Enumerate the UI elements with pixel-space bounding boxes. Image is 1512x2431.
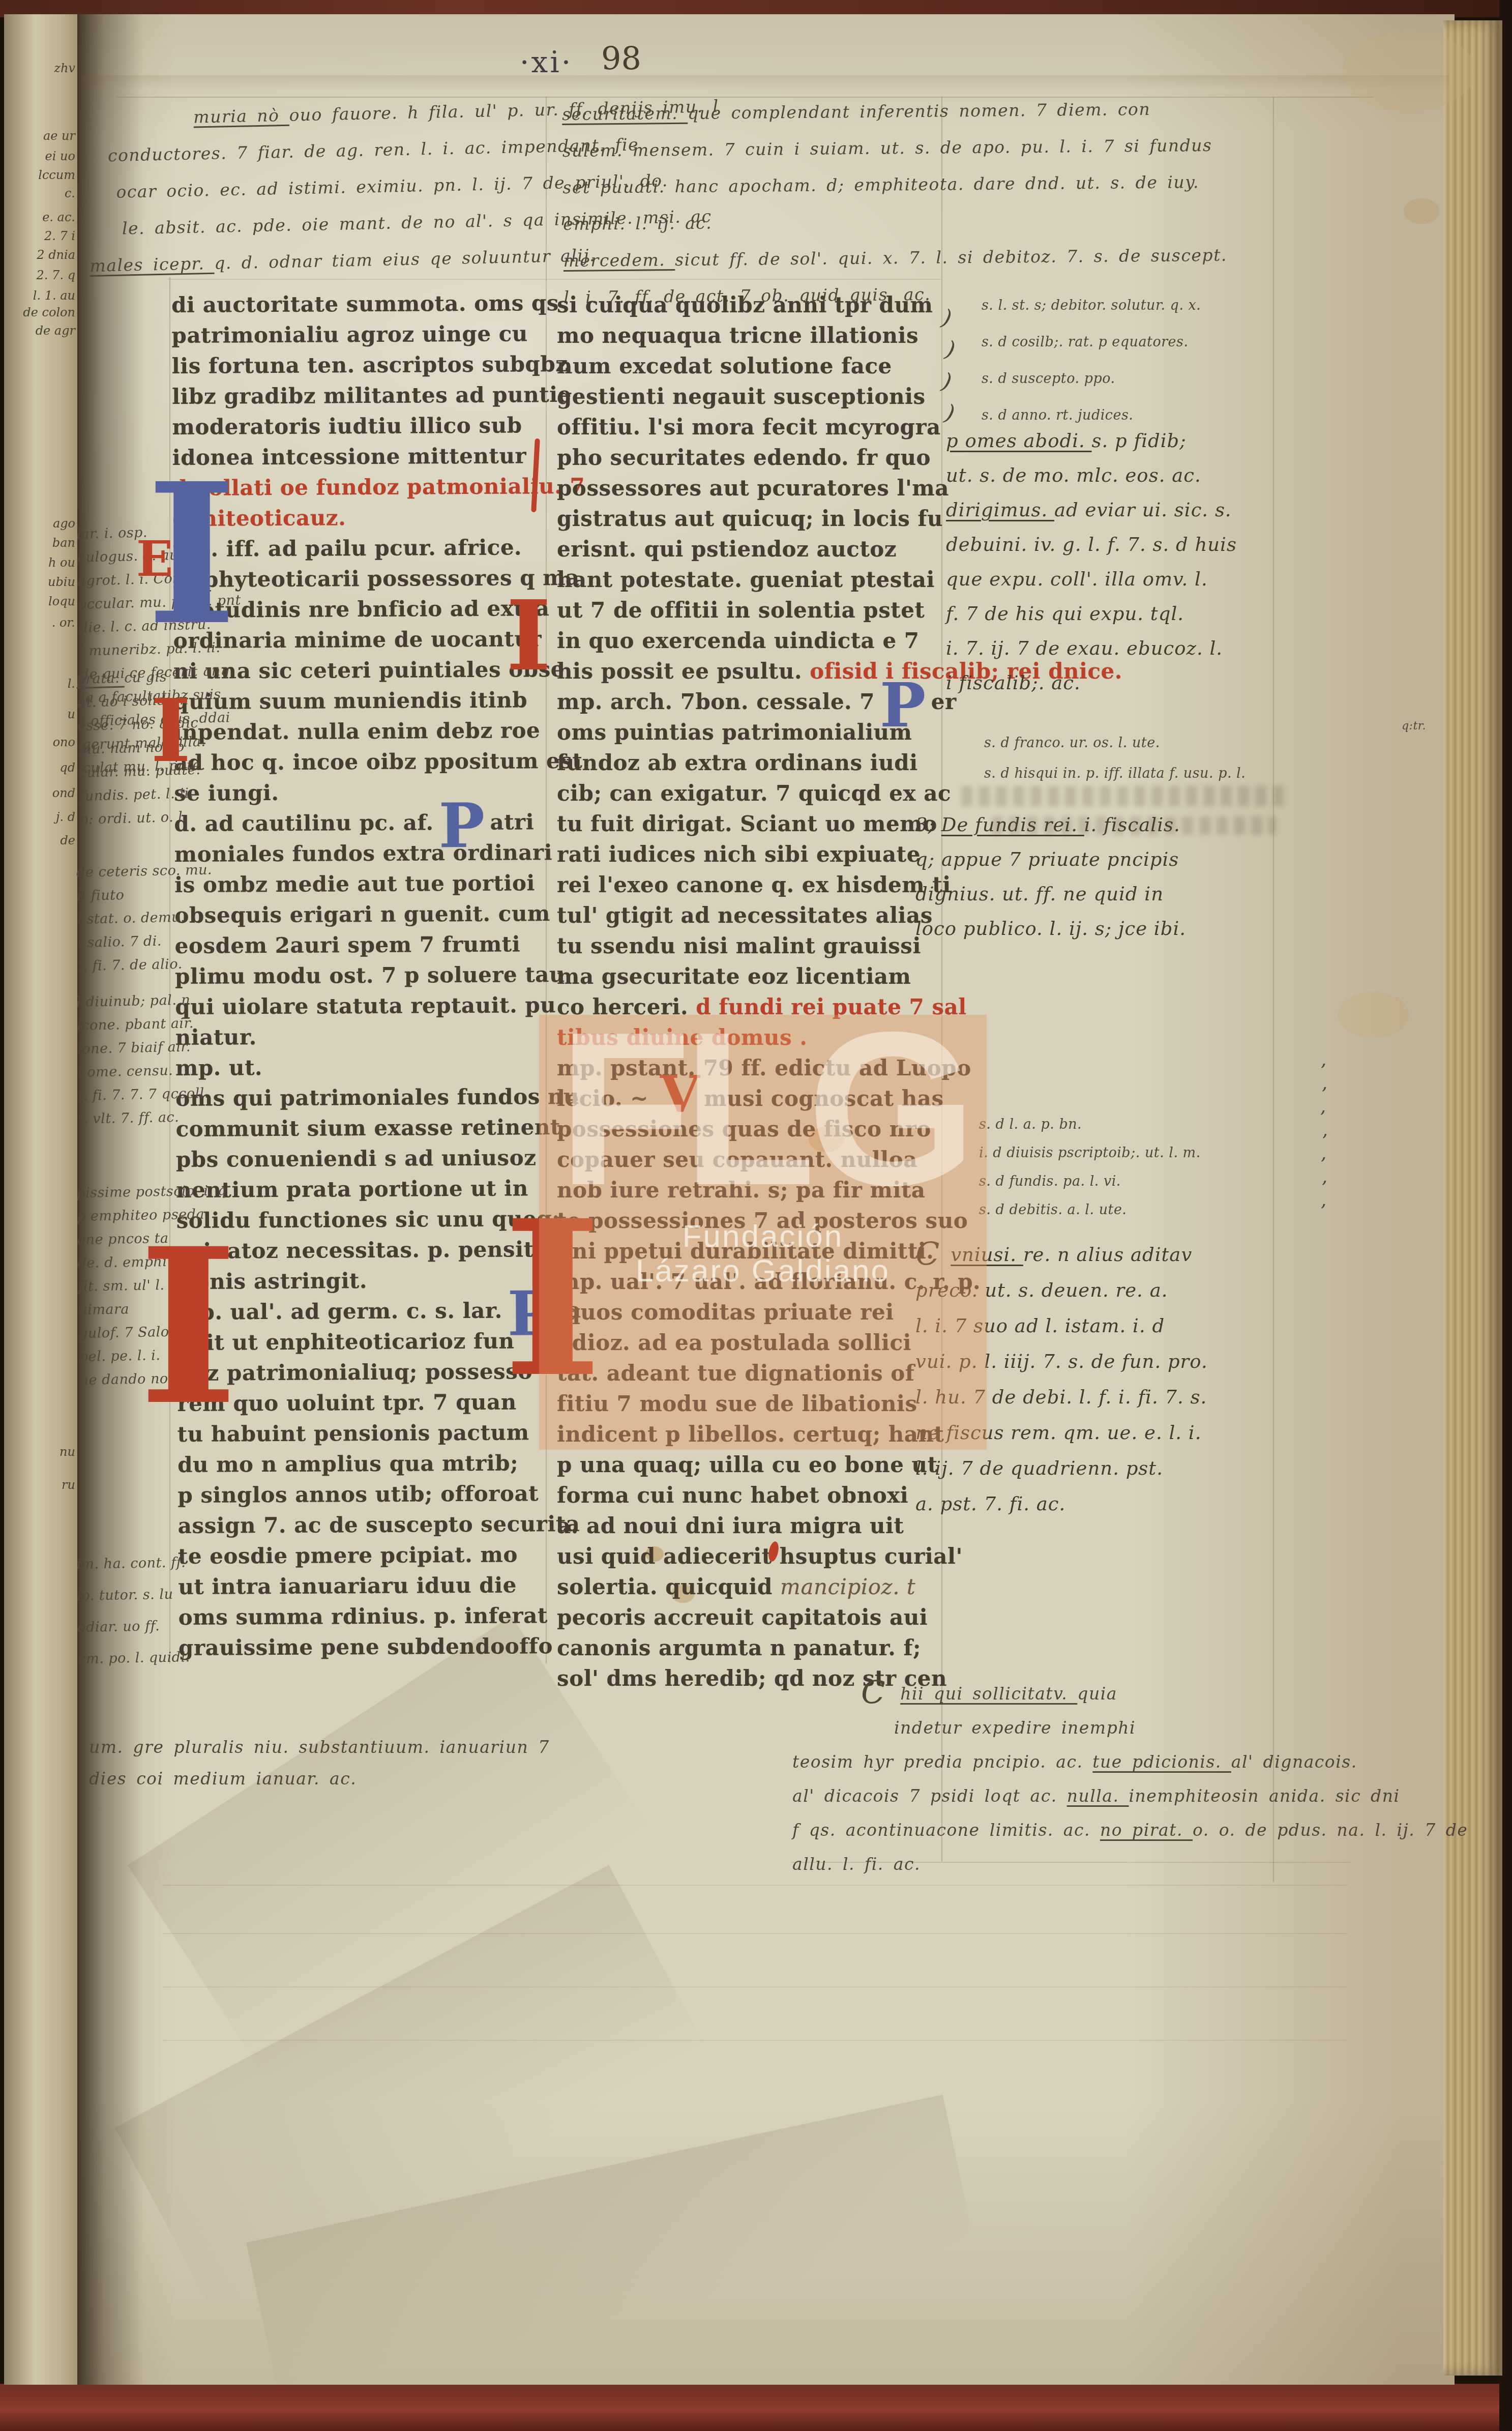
text-run: ono: [53, 735, 75, 749]
text-line: d. ad cautilinu pc. af.Patri: [174, 809, 534, 836]
text-line: possessiones quas de fisco nro: [557, 1117, 931, 1141]
text-line: num excedat solutione face: [557, 354, 892, 378]
text-run: ru: [62, 1478, 75, 1492]
ruling-line: [163, 2040, 1348, 2041]
text-run: i. 7. ij. 7 de exau. ebucoz. l.: [946, 637, 1223, 659]
text-run: ad hoc q. incoe oibz ppositum est: [174, 748, 583, 775]
text-line: a. pst. 7. fi. ac.: [915, 1493, 1065, 1515]
illuminated-initial-i-red-gap2: I: [506, 598, 551, 674]
text-line: emphi. l. ij. ac.: [563, 213, 713, 234]
text-line: u: [68, 707, 75, 721]
text-run: loqu: [48, 594, 75, 608]
tick-mark: ’: [1320, 1201, 1327, 1222]
text-run: rati iudices nich sibi expiuate: [557, 842, 921, 867]
text-run: communit sium exasse retinent: [175, 1115, 560, 1141]
text-line: tibus diuine domus .: [557, 1025, 807, 1050]
text-run: um. gre pluralis niu. substantiuum. ianu…: [89, 1737, 550, 1757]
text-line: dirigimus. ad eviar ui. sic. s.: [946, 499, 1232, 521]
text-run: loco publico. l. ij. s; jce ibi.: [915, 918, 1186, 940]
tick-mark: ’: [1321, 1178, 1328, 1198]
text-run: ban: [52, 536, 75, 550]
text-line: i. 7. ij. 7 de exau. ebucoz. l.: [946, 637, 1223, 659]
folio-number-arabic: 98: [601, 40, 641, 77]
text-line: i stat. o. demu.: [77, 910, 185, 927]
text-run: l. hu. 7 de debi. l. f. i. fi. 7. s.: [915, 1386, 1207, 1408]
text-line: f qs. acontinuacone limitis. ac. no pira…: [792, 1820, 1468, 1840]
text-run: i. fi. 7. de alio.: [78, 956, 183, 974]
text-run: allu. l. fi. ac.: [792, 1854, 921, 1874]
text-line: hant potestate. gueniat ptestai: [557, 567, 935, 592]
text-run: prata.: [76, 670, 125, 687]
text-run: i. fi. 7. 7. 7 qccoll.: [78, 1086, 209, 1104]
text-line: l diuinub; pal. n: [76, 992, 191, 1010]
text-run: mercedem.: [564, 250, 675, 271]
text-line: ma gsecuritate eoz licentiam: [557, 964, 911, 989]
text-line: p una quaq; uilla cu eo bone ut: [557, 1452, 938, 1477]
text-line: odiar. uo ff.: [77, 1618, 160, 1635]
text-run: oms puintias patrimonialium: [557, 720, 912, 745]
text-line: a. ad noui dni iura migra uit: [557, 1513, 904, 1538]
text-line: ae ur: [43, 129, 75, 143]
text-line: in quo exercenda uindicta e 7: [557, 628, 920, 653]
text-run: atri: [490, 809, 534, 834]
text-run: l.: [68, 677, 75, 691]
text-run: l diuinub; pal. n: [76, 992, 191, 1010]
text-line: C vniusi. re. n alius aditav: [915, 1244, 1192, 1266]
text-line: rati iudices nich sibi expiuate: [557, 842, 921, 867]
text-run: ma gsecuritate eoz licentiam: [557, 964, 911, 989]
text-run: his possit ee psultu.: [557, 659, 810, 684]
text-run: l. 1. au: [33, 288, 75, 303]
text-line: i fiscalib;. ac.: [946, 672, 1081, 694]
text-run: erisnt. qui pstiendoz auctoz: [557, 537, 897, 562]
text-line: qui uiolare statuta reptauit. pu: [175, 992, 556, 1019]
text-line: p omes abodi. s. p fidib;: [946, 430, 1187, 452]
text-run: ei uo: [45, 149, 75, 163]
text-run: f. 7 de his qui expu. tql.: [946, 603, 1184, 625]
text-run: c.: [65, 186, 75, 200]
text-line: te eosdie pmere pcipiat. mo: [178, 1542, 518, 1568]
ruling-line: [941, 97, 942, 1862]
text-run: im. ha. cont. ff.: [76, 1555, 186, 1572]
text-run: is ombz medie aut tue portioi: [174, 870, 535, 897]
text-run: que complendant inferentis nomen. 7 diem…: [688, 99, 1150, 123]
text-run: e. ac.: [42, 210, 75, 224]
text-run: p una quaq; uilla cu eo bone ut: [557, 1452, 938, 1477]
text-line: h ou: [48, 555, 75, 570]
text-run: moniales fundos extra ordinari: [174, 840, 553, 867]
text-line: eosdem 2auri spem 7 frumti: [175, 931, 521, 958]
text-run: odiar. uo ff.: [77, 1618, 160, 1635]
text-run: ut. s. de mo. mlc. eos. ac.: [946, 464, 1201, 486]
text-line: ru: [62, 1478, 75, 1492]
text-run: cib; can exigatur. 7 quicqd ex ac: [557, 781, 951, 806]
red-tick-mark: [549, 1312, 553, 1330]
text-line: pecoris accreuit capitatois aui: [557, 1605, 928, 1630]
stain: [1338, 992, 1409, 1038]
text-run: de: [60, 833, 75, 847]
text-run: ne fiscus rem. qm. ue. e. l. i.: [915, 1422, 1201, 1444]
text-line: pho securitates edendo. fr quo: [557, 445, 931, 470]
text-run: offitiu. l'si mora fecit mcyrogra: [557, 415, 941, 440]
text-run: si cuiqua quolibz anni tpr dum: [557, 292, 933, 317]
text-run: du mo n amplius qua mtrib;: [177, 1450, 518, 1477]
text-line: nu: [60, 1445, 75, 1459]
text-line: communit sium exasse retinent: [175, 1115, 560, 1141]
text-run: oms summa rdinius. p. inferat: [179, 1603, 548, 1630]
text-run: de agr: [36, 324, 75, 338]
text-run: mp. pstant. 79 ff. edictu ad Luopo: [557, 1056, 971, 1080]
text-line: l. ij. 7 de quadrienn. pst.: [915, 1457, 1163, 1479]
text-run: indicent p libellos. certuq; hant: [557, 1422, 944, 1447]
text-line: grauissime pene subdendooffo: [179, 1633, 553, 1660]
text-run: 2 dnia: [37, 248, 75, 262]
text-line: ione. 7 biaif air.: [77, 1039, 191, 1057]
text-run: plimu modu ost. 7 p soluere tau: [175, 962, 565, 989]
text-run: tu fuit dirigat. Sciant uo memo: [557, 811, 937, 836]
text-run: di auctoritate summota. oms qs: [171, 290, 559, 317]
text-line: nob iure retrahi. s; pa fir mita: [557, 1178, 926, 1203]
text-line: dignius. ut. ff. ne quid in: [915, 883, 1164, 905]
text-run: d. ad cautilinu pc. af.: [174, 810, 433, 836]
text-run: lccum: [38, 168, 75, 182]
text-line: 3; De fundis rei. i. fiscalis.: [915, 814, 1180, 836]
text-run: tue pdicionis.: [1092, 1752, 1231, 1772]
text-line: ban: [52, 536, 75, 550]
text-line: indetur expedire inemphi: [894, 1718, 1136, 1738]
illuminated-initial-i-red-gap: I: [502, 1221, 602, 1379]
text-run: dies coi medium ianuar. ac.: [89, 1769, 357, 1789]
text-run: s. d debitis. a. l. ute.: [979, 1202, 1126, 1218]
text-line: ei uo: [45, 149, 75, 163]
text-line: gestienti negauit susceptionis: [557, 384, 926, 409]
text-run: ad eviar ui. sic. s.: [1054, 499, 1232, 521]
text-run: vui. p. l. iiij. 7. s. de fun. pro.: [915, 1351, 1208, 1372]
text-run: num excedat solutione face: [557, 354, 892, 378]
text-line: fundoz ab extra ordinans iudi: [557, 750, 918, 775]
text-run: nu: [60, 1445, 75, 1459]
text-line: C hii qui sollicitatv. quia: [861, 1684, 1117, 1704]
book-cover-bottom-edge: [0, 2384, 1512, 2431]
text-line: ubiu: [48, 575, 75, 589]
text-run: mo nequaqua tricne illationis: [557, 323, 918, 348]
text-run: vniusi.: [951, 1244, 1023, 1266]
text-run: emphi. l. ij. ac.: [563, 213, 713, 234]
illuminated-initial-i-red-left: I: [138, 1249, 238, 1407]
text-line: uimara: [78, 1301, 129, 1318]
text-line: debuini. iv. g. l. f. 7. s. d huis: [946, 534, 1237, 555]
text-line: mp. arch. 7bon. cessale. 7Per: [557, 689, 957, 714]
text-run: ofisid: [810, 659, 878, 684]
text-line: i salio. 7 di.: [78, 933, 162, 951]
text-run: tul' gtigit ad necessitates alias: [557, 903, 933, 928]
text-line: s. d l. a. p. bn.: [979, 1117, 1082, 1132]
text-line: 2. 7. q: [37, 268, 75, 282]
text-line: moniales fundos extra ordinari: [174, 840, 553, 867]
text-run: ago: [53, 516, 75, 531]
text-line: c.: [65, 186, 75, 200]
text-line: tul' gtigit ad necessitates alias: [557, 903, 933, 928]
text-run: d fundi rei puate 7 sal: [696, 994, 967, 1019]
text-line: tat. adeant tue dignationis of: [557, 1361, 914, 1386]
text-line: assign 7. ac de suscepto securita: [178, 1511, 580, 1538]
text-run: pissime postscio. i. q: [76, 1183, 227, 1201]
text-line: im. ha. cont. ff.: [76, 1555, 186, 1572]
text-line: loco publico. l. ij. s; jce ibi.: [915, 918, 1186, 940]
text-line: dni ppetui durabilitate dimitti.: [557, 1239, 934, 1264]
text-run: pho securitates edendo. fr quo: [557, 445, 931, 470]
text-line: s. d anno. rt. judices.: [982, 407, 1133, 423]
text-run: p singlos annos utib; offoroat: [177, 1481, 539, 1508]
text-line: cm. po. l. quidi.: [78, 1649, 190, 1667]
text-run: fundoz ab extra ordinans iudi: [557, 750, 918, 775]
text-line: preco. ut. s. deuen. re. a.: [915, 1279, 1168, 1301]
text-run: libz gradibz militantes ad puntie: [172, 382, 572, 409]
text-run: nentium prata portione ut in: [176, 1176, 528, 1203]
text-run: s. p fidib;: [1092, 430, 1187, 452]
text-line: possessores aut pcuratores l'ma: [557, 476, 949, 501]
text-run: ond: [52, 786, 75, 800]
text-run: nob iure retrahi. s; pa fir mita: [557, 1178, 926, 1203]
text-run: gistratus aut quicuq; in locis fu: [557, 506, 943, 531]
text-run: forma cui nunc habet obnoxi: [557, 1483, 908, 1508]
text-line: ii fiuto: [77, 887, 125, 904]
text-line: s. d fundis. pa. l. vi.: [979, 1174, 1121, 1189]
stain: [1343, 31, 1475, 112]
tick-mark: ’: [1321, 1084, 1328, 1105]
text-run: solertia. quicquid: [557, 1574, 780, 1599]
text-run: icone. pbant air.: [77, 1015, 194, 1034]
text-run: V: [660, 1064, 700, 1124]
text-run: l. i. 7 suo ad l. istam. i. d: [915, 1315, 1165, 1337]
text-run: lis fortuna ten. ascriptos subqbz: [172, 352, 568, 378]
text-line: erisnt. qui pstiendoz auctoz: [557, 537, 897, 562]
text-line: patrimonialiu agroz uinge cu: [171, 321, 528, 348]
text-run: u: [68, 707, 75, 721]
text-run: o: ordi. ut. o. l.: [80, 809, 187, 828]
text-run: males icepr.: [90, 253, 215, 276]
text-line: fundis. pet. l. ii.: [79, 785, 194, 804]
text-run: mp. arch. 7bon. cessale. 7: [557, 689, 875, 714]
ruling-line: [163, 1885, 1348, 1886]
text-line: de colon: [23, 305, 75, 319]
text-run: ione. 7 biaif air.: [77, 1039, 191, 1057]
text-line: copauer seu copauant. nulloa: [557, 1147, 917, 1172]
stain: [1404, 198, 1439, 224]
text-run: 3;: [915, 814, 941, 836]
text-run: pbs conueniendi s ad uniusoz: [176, 1145, 537, 1172]
text-line: mp. pstant. 79 ff. edictu ad Luopo: [557, 1056, 971, 1080]
text-line: lecio. ~ Vmusi cognoscat has: [557, 1086, 944, 1111]
text-run: ubiu: [48, 575, 75, 589]
text-run: 2. 7 i: [44, 229, 75, 243]
text-line: mp. ut.: [175, 1055, 262, 1080]
text-line: p singlos annos utib; offoroat: [177, 1481, 539, 1508]
text-line: mo nequaqua tricne illationis: [557, 323, 918, 348]
text-line: libz gradibz militantes ad puntie: [172, 382, 572, 409]
text-run: i stat. o. demu.: [77, 910, 185, 927]
text-line: ad hoc q. incoe oibz ppositum est: [174, 748, 583, 775]
text-line: dies coi medium ianuar. ac.: [89, 1769, 357, 1789]
text-run: pecoris accreuit capitatois aui: [557, 1605, 928, 1630]
text-line: s. l. st. s; debitor. solutur. q. x.: [982, 298, 1201, 313]
text-line: o: ordi. ut. o. l.: [80, 809, 187, 828]
illuminated-initial-i-red-small: I: [151, 698, 191, 764]
text-run: s. d suscepto. ppo.: [982, 371, 1115, 387]
text-run: moderatoris iudtiu illico sub: [172, 413, 522, 440]
illuminated-initial-e-red: E: [136, 535, 173, 583]
text-line: loqu: [48, 594, 75, 608]
ruling-line: [163, 1933, 1348, 1934]
text-line: teosim hyr predia pncipio. ac. tue pdici…: [792, 1752, 1357, 1772]
text-line: fitiu 7 modu sue de libationis: [557, 1391, 917, 1416]
text-run: de colon: [23, 305, 75, 319]
text-line: te possessiones 7 ad posteros suo: [557, 1208, 968, 1233]
text-line: tu ssendu nisi malint grauissi: [557, 933, 921, 958]
text-line: q; appue 7 priuate pncipis: [915, 848, 1179, 870]
text-line: cib; can exigatur. 7 quicqd ex ac: [557, 781, 951, 806]
text-line: indicent p libellos. certuq; hant: [557, 1422, 944, 1447]
text-run: C: [915, 1235, 951, 1272]
text-line: ono: [53, 735, 75, 749]
text-line: i ome. censu.: [78, 1063, 173, 1080]
manuscript-photo: ·xi· 98 muria nò ouo fauore. h fila. ul'…: [0, 0, 1512, 2431]
text-line: solertia. quicquid mancipioz. t: [557, 1574, 915, 1599]
text-line: obsequis erigari n guenit. cum: [174, 901, 550, 928]
text-run: s. l. st. s; debitor. solutur. q. x.: [982, 298, 1201, 313]
text-run: copauer seu copauant. nulloa: [557, 1147, 917, 1172]
folio-number-roman: ·xi·: [520, 45, 573, 79]
text-run: q; appue 7 priuate pncipis: [915, 848, 1179, 870]
text-line: io. tutor. s. lu: [77, 1587, 173, 1604]
text-line: qd: [60, 760, 75, 775]
text-run: i. fiscalis.: [1084, 814, 1180, 836]
text-line: is ombz medie aut tue portioi: [174, 870, 535, 897]
text-line: f. 7 de his qui expu. tql.: [946, 603, 1184, 625]
ruling-line: [546, 97, 547, 1663]
text-line: i. fi. 7. de alio.: [78, 956, 183, 974]
text-run: muria nò: [193, 105, 289, 127]
text-line: tu fuit dirigat. Sciant uo memo: [557, 811, 937, 836]
text-line: l.: [68, 677, 75, 691]
text-run: mp. ut.: [175, 1055, 262, 1080]
text-run: hii qui sollicitatv.: [900, 1684, 1077, 1704]
text-line: . or.: [52, 616, 75, 630]
text-run: lecio. ~: [557, 1086, 656, 1111]
text-run: securitatem.: [562, 103, 688, 124]
text-line: offitiu. l'si mora fecit mcyrogra: [557, 415, 941, 440]
facing-page-sliver: [4, 14, 80, 2385]
text-run: ae ur: [43, 129, 75, 143]
text-run: indetur expedire inemphi: [894, 1718, 1136, 1738]
text-run: a. ad noui dni iura migra uit: [557, 1513, 904, 1538]
text-line: usi quid adiecerit hsuptus curial': [557, 1544, 963, 1569]
text-run: pdioz. ad ea postulada sollici: [557, 1330, 911, 1355]
text-line: e. ac.: [42, 210, 75, 224]
text-line: l. vlt. 7. ff. ac.: [79, 1109, 180, 1127]
text-line: plimu modu ost. 7 p soluere tau: [175, 962, 565, 989]
ruling-line: [168, 279, 941, 280]
text-run: zhv: [54, 61, 75, 75]
text-run: usi quid adiecerit hsuptus curial': [557, 1544, 963, 1569]
text-run: i salio. 7 di.: [78, 933, 162, 951]
text-run: assign 7. ac de suscepto securita: [178, 1511, 580, 1538]
text-line: i. d diuisis pscriptoib;. ut. l. m.: [979, 1145, 1201, 1161]
text-line: de agr: [36, 324, 75, 338]
text-line: j. d: [56, 810, 75, 824]
text-line: 2. 7 i: [44, 229, 75, 243]
text-run: grauissime pene subdendooffo: [179, 1633, 553, 1660]
text-run: 2. 7. q: [37, 268, 75, 282]
text-line: s. d franco. ur. os. l. ute.: [984, 735, 1160, 751]
tick-mark: ’: [1320, 1154, 1327, 1175]
text-run: i. d diuisis pscriptoib;. ut. l. m.: [979, 1145, 1201, 1161]
text-line: zhv: [54, 61, 75, 75]
text-run: s. d hisqui in. p. iff. illata f. usu. p…: [984, 766, 1246, 781]
text-run: rei l'exeo canone q. ex hisdem ti: [557, 872, 951, 897]
text-line: lccum: [38, 168, 75, 182]
text-run: dirigimus.: [946, 499, 1054, 521]
text-line: canonis argumta n panatur. f;: [557, 1635, 921, 1660]
text-run: oms qui patrimoniales fundos nu: [175, 1084, 579, 1111]
text-run: a. pst. 7. fi. ac.: [915, 1493, 1065, 1515]
text-line: ut. s. de mo. mlc. eos. ac.: [946, 464, 1201, 486]
page-edge-stack: [1443, 20, 1502, 2376]
text-run: s. d fundis. pa. l. vi.: [979, 1174, 1121, 1189]
text-line: du mo n amplius qua mtrib;: [177, 1450, 518, 1477]
ink-show-through: [961, 786, 1287, 806]
text-line: l. 1. au: [33, 288, 75, 303]
text-run: o. o. de pdus. na. l. ij. 7 de: [1193, 1820, 1468, 1840]
text-run: mancipioz. t: [780, 1574, 915, 1599]
text-line: nentium prata portione ut in: [176, 1176, 528, 1203]
text-run: que expu. coll'. illa omv. l.: [946, 568, 1208, 590]
text-run: l. ij. 7 de quadrienn. pst.: [915, 1457, 1163, 1479]
text-line: de: [60, 833, 75, 847]
tick-mark: ’: [1320, 1107, 1326, 1128]
text-line: allu. l. fi. ac.: [792, 1854, 921, 1874]
text-line: ne fiscus rem. qm. ue. e. l. i.: [915, 1422, 1201, 1444]
text-line: s. d debitis. a. l. ute.: [979, 1202, 1126, 1218]
text-run: s. d anno. rt. judices.: [982, 407, 1133, 423]
text-run: fitiu 7 modu sue de libationis: [557, 1391, 917, 1416]
text-line: ut 7 de offitii in solentia pstet: [557, 598, 925, 623]
text-run: patrimonialiu agroz uinge cu: [171, 321, 528, 348]
text-run: i fiscalib;. ac.: [946, 672, 1081, 694]
text-run: possessiones quas de fisco nro: [557, 1117, 931, 1141]
text-line: icone. pbant air.: [77, 1015, 194, 1034]
text-run: h ou: [48, 555, 75, 570]
text-line: pbs conueniendi s ad uniusoz: [176, 1145, 537, 1172]
text-line: um. gre pluralis niu. substantiuum. ianu…: [89, 1737, 550, 1757]
text-run: te possessiones 7 ad posteros suo: [557, 1208, 968, 1233]
text-run: qui uiolare statuta reptauit. pu: [175, 992, 556, 1019]
text-line: i. fi. 7. 7. 7 qccoll.: [78, 1086, 209, 1104]
text-line: forma cui nunc habet obnoxi: [557, 1483, 908, 1508]
text-run: s. d l. a. p. bn.: [979, 1117, 1082, 1132]
marginal-note-tiny: q:tr.: [1402, 720, 1426, 733]
text-run: j. d: [56, 810, 75, 824]
text-run: musi cognoscat has: [704, 1086, 944, 1111]
text-line: gistratus aut quicuq; in locis fu: [557, 506, 943, 531]
text-run: . or.: [52, 616, 75, 630]
text-run: de ceteris sco. mu.: [76, 862, 212, 881]
text-run: tu ssendu nisi malint grauissi: [557, 933, 921, 958]
text-run: co herceri.: [557, 994, 696, 1019]
text-run: quia: [1077, 1684, 1117, 1704]
text-line: pissime postscio. i. q: [76, 1183, 227, 1201]
text-run: hant potestate. gueniat ptestai: [557, 567, 935, 592]
